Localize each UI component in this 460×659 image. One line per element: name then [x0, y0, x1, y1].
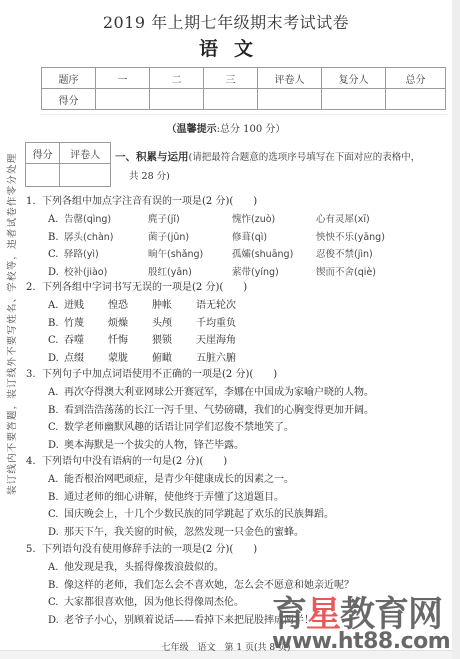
option-cell: 迸贱	[64, 297, 108, 315]
header-cell: 二	[150, 68, 204, 89]
option-label: D.	[48, 524, 64, 542]
score-table: 题序 一 二 三 评卷人 复分人 总分 得分	[41, 67, 446, 110]
header-cell: 三	[204, 68, 258, 89]
score-cell	[150, 89, 204, 110]
option-label: D.	[48, 612, 64, 630]
hint-value: :总分 100 分）	[217, 124, 286, 135]
watermark-logo: 育星教育网 www.ht88.com	[272, 596, 452, 654]
binding-line-notice: 装订线内不要答题，装订线外不要写姓名、学校等，违者试卷作零分处理	[4, 153, 18, 495]
hint-text: （温馨提示:总分 100 分）	[0, 120, 452, 135]
option-cell: 千均重负	[196, 315, 240, 333]
option-b: B.通过老师的细心讲解，使他终于弄懂了这道题目。	[26, 489, 446, 507]
score-cell	[322, 89, 386, 110]
option-cell: 孱头(chàn)	[64, 229, 148, 247]
option-a: A.他发现是我，头摇得像拨浪鼓似的。	[26, 559, 446, 577]
option-d: D.点缀蒙胧俯瞰五脏六腑	[26, 350, 446, 368]
option-text: 奥本海默是一个拔尖的人物，锋芒毕露。	[64, 440, 244, 451]
option-a: A.再次夺得澳大利亚网球公开赛冠军，李娜在中国成为家喻户晓的人物。	[26, 384, 446, 402]
score-cell	[204, 89, 258, 110]
option-cell: 忍俊不禁(jìn)	[316, 246, 400, 264]
option-cell: 愧怍(zuò)	[232, 211, 316, 229]
option-cell: 孤孀(shuāng)	[232, 246, 316, 264]
option-cell: 心有灵犀(xī)	[316, 211, 400, 229]
option-cell: 惶恐	[108, 297, 152, 315]
option-c: C.吞噬忏悔猥锁天崖海角	[26, 332, 446, 350]
question-stem: 下列语句没有使用修辞手法的一项是(2 分)( )	[42, 544, 257, 555]
section-instruction: (请把最符合题意的选项序号填写在下面对应的表格中，	[189, 152, 421, 163]
option-cell: 怏怏不乐(yāng)	[316, 229, 400, 247]
divider	[40, 114, 448, 115]
watermark-url: www.ht88.com	[272, 630, 452, 654]
question-stem: 下列各组中加点字注音有误的一项是(2 分)( )	[42, 196, 257, 207]
header-cell: 一	[96, 68, 150, 89]
option-label: C.	[48, 246, 64, 264]
option-label: B.	[48, 315, 64, 333]
question-4: 4.下列语句中没有语病的一句是(2 分)( ) A.能否根治网吧顽症，是青少年健…	[26, 453, 446, 541]
option-label: D.	[48, 437, 64, 455]
header-cell: 题序	[42, 68, 96, 89]
option-d: D.那天下午，我关窗的时候，忽然发现一只金色的蜜蜂。	[26, 524, 446, 542]
option-label: B.	[48, 229, 64, 247]
grader-score-label: 得分	[26, 143, 60, 164]
subject-title: 语文	[0, 34, 452, 61]
option-label: C.	[48, 419, 64, 437]
option-cell: 告罄(qìng)	[64, 211, 148, 229]
option-a: A.能否根治网吧顽症，是青少年健康成长的因素之一。	[26, 471, 446, 489]
option-label: A.	[48, 384, 64, 402]
option-cell: 吞噬	[64, 332, 108, 350]
option-a: A.告罄(qìng)麂子(jǐ)愧怍(zuò)心有灵犀(xī)	[26, 211, 446, 229]
option-c: C.国庆晚会上，十几个少数民族的同学跳起了欢乐的民族舞蹈。	[26, 506, 446, 524]
score-cell	[96, 89, 150, 110]
score-table-header-row: 题序 一 二 三 评卷人 复分人 总分	[42, 68, 446, 89]
option-label: B.	[48, 489, 64, 507]
option-cell: 烦燥	[108, 315, 152, 333]
option-b: B.看到浩浩荡荡的长江一泻千里、气势磅礴，我们的心胸变得更加开阔。	[26, 402, 446, 420]
option-text: 他发现是我，头摇得像拨浪鼓似的。	[64, 562, 224, 573]
option-label: D.	[48, 350, 64, 368]
option-text: 再次夺得澳大利亚网球公开赛冠军，李娜在中国成为家喻户晓的人物。	[64, 387, 374, 398]
exam-title: 2019 年上期七年级期末考试试卷	[0, 10, 452, 33]
option-cell: 五脏六腑	[196, 350, 240, 368]
option-cell: 忏悔	[108, 332, 152, 350]
option-cell: 晌午(shǎng)	[148, 246, 232, 264]
option-cell: 猥锁	[152, 332, 196, 350]
section-points: 共 28 分)	[115, 167, 447, 186]
option-text: 能否根治网吧顽症，是青少年健康成长的因素之一。	[64, 474, 294, 485]
section-title: 一、积累与运用	[115, 151, 189, 163]
score-cell	[258, 89, 322, 110]
question-number: 1.	[26, 193, 42, 211]
option-cell: 肿帐	[152, 297, 196, 315]
question-number: 4.	[26, 453, 42, 471]
option-label: A.	[48, 211, 64, 229]
option-cell: 菌子(jūn)	[148, 229, 232, 247]
score-table-score-row: 得分	[42, 89, 446, 110]
option-c: C.数学老师幽默风趣的话语让同学们忍俊不禁地笑了。	[26, 419, 446, 437]
option-cell: 驿路(yì)	[64, 246, 148, 264]
grader-name-cell	[60, 164, 111, 187]
option-label: C.	[48, 594, 64, 612]
header-cell: 复分人	[322, 68, 386, 89]
question-number: 3.	[26, 366, 42, 384]
section-1-header: 一、积累与运用(请把最符合题意的选项序号填写在下面对应的表格中， 共 28 分)	[115, 148, 447, 186]
option-text: 像这样的老师，我们怎么会不喜欢她，怎么会不愿意和她亲近呢？	[64, 580, 354, 591]
option-cell: 俯瞰	[152, 350, 196, 368]
option-label: B.	[48, 577, 64, 595]
question-number: 5.	[26, 541, 42, 559]
header-cell: 总分	[386, 68, 446, 89]
grader-box: 得分 评卷人	[25, 142, 111, 187]
option-label: A.	[48, 559, 64, 577]
option-text: 数学老师幽默风趣的话语让同学们忍俊不禁地笑了。	[64, 422, 294, 433]
question-3: 3.下列句子中加点词语使用不正确的一项是(2 分)( ) A.再次夺得澳大利亚网…	[26, 366, 446, 454]
option-label: C.	[48, 506, 64, 524]
option-cell: 头颅	[152, 315, 196, 333]
grader-name-label: 评卷人	[60, 143, 111, 164]
header-cell: 评卷人	[258, 68, 322, 89]
option-text: 国庆晚会上，十几个少数民族的同学跳起了欢乐的民族舞蹈。	[64, 509, 334, 520]
option-a: A.迸贱惶恐肿帐语无轮次	[26, 297, 446, 315]
option-cell: 麂子(jǐ)	[148, 211, 232, 229]
row-label: 得分	[42, 89, 96, 110]
option-b: B.孱头(chàn)菌子(jūn)修葺(qì)怏怏不乐(yāng)	[26, 229, 446, 247]
option-label: A.	[48, 297, 64, 315]
option-b: B.像这样的老师，我们怎么会不喜欢她，怎么会不愿意和她亲近呢？	[26, 577, 446, 595]
option-text: 看到浩浩荡荡的长江一泻千里、气势磅礴，我们的心胸变得更加开阔。	[64, 405, 374, 416]
question-stem: 下列句子中加点词语使用不正确的一项是(2 分)( )	[42, 369, 277, 380]
option-b: B.竹蔑烦燥头颅千均重负	[26, 315, 446, 333]
option-text: 那天下午，我关窗的时候，忽然发现一只金色的蜜蜂。	[64, 527, 304, 538]
option-label: A.	[48, 471, 64, 489]
option-c: C.驿路(yì)晌午(shǎng)孤孀(shuāng)忍俊不禁(jìn)	[26, 246, 446, 264]
grader-score-cell	[26, 164, 60, 187]
option-cell: 竹蔑	[64, 315, 108, 333]
question-number: 2.	[26, 279, 42, 297]
option-label: C.	[48, 332, 64, 350]
option-cell: 语无轮次	[196, 297, 240, 315]
question-1: 1.下列各组中加点字注音有误的一项是(2 分)( ) A.告罄(qìng)麂子(…	[26, 193, 446, 281]
viewer-scrollbar-track[interactable]	[452, 0, 460, 659]
question-2: 2.下列各组中字词书写无误的一项是(2 分)( ) A.迸贱惶恐肿帐语无轮次 B…	[26, 279, 446, 367]
question-stem: 下列各组中字词书写无误的一项是(2 分)( )	[42, 282, 247, 293]
hint-label: （温馨提示	[167, 124, 217, 135]
option-cell: 天崖海角	[196, 332, 240, 350]
question-stem: 下列语句中没有语病的一句是(2 分)( )	[42, 456, 227, 467]
option-text: 通过老师的细心讲解，使他终于弄懂了这道题目。	[64, 492, 284, 503]
option-d: D.奥本海默是一个拔尖的人物，锋芒毕露。	[26, 437, 446, 455]
option-cell: 修葺(qì)	[232, 229, 316, 247]
option-cell: 蒙胧	[108, 350, 152, 368]
option-label: B.	[48, 402, 64, 420]
score-cell	[386, 89, 446, 110]
option-text: 大家都很喜欢他，因为他长得像周杰伦。	[64, 597, 244, 608]
option-cell: 点缀	[64, 350, 108, 368]
